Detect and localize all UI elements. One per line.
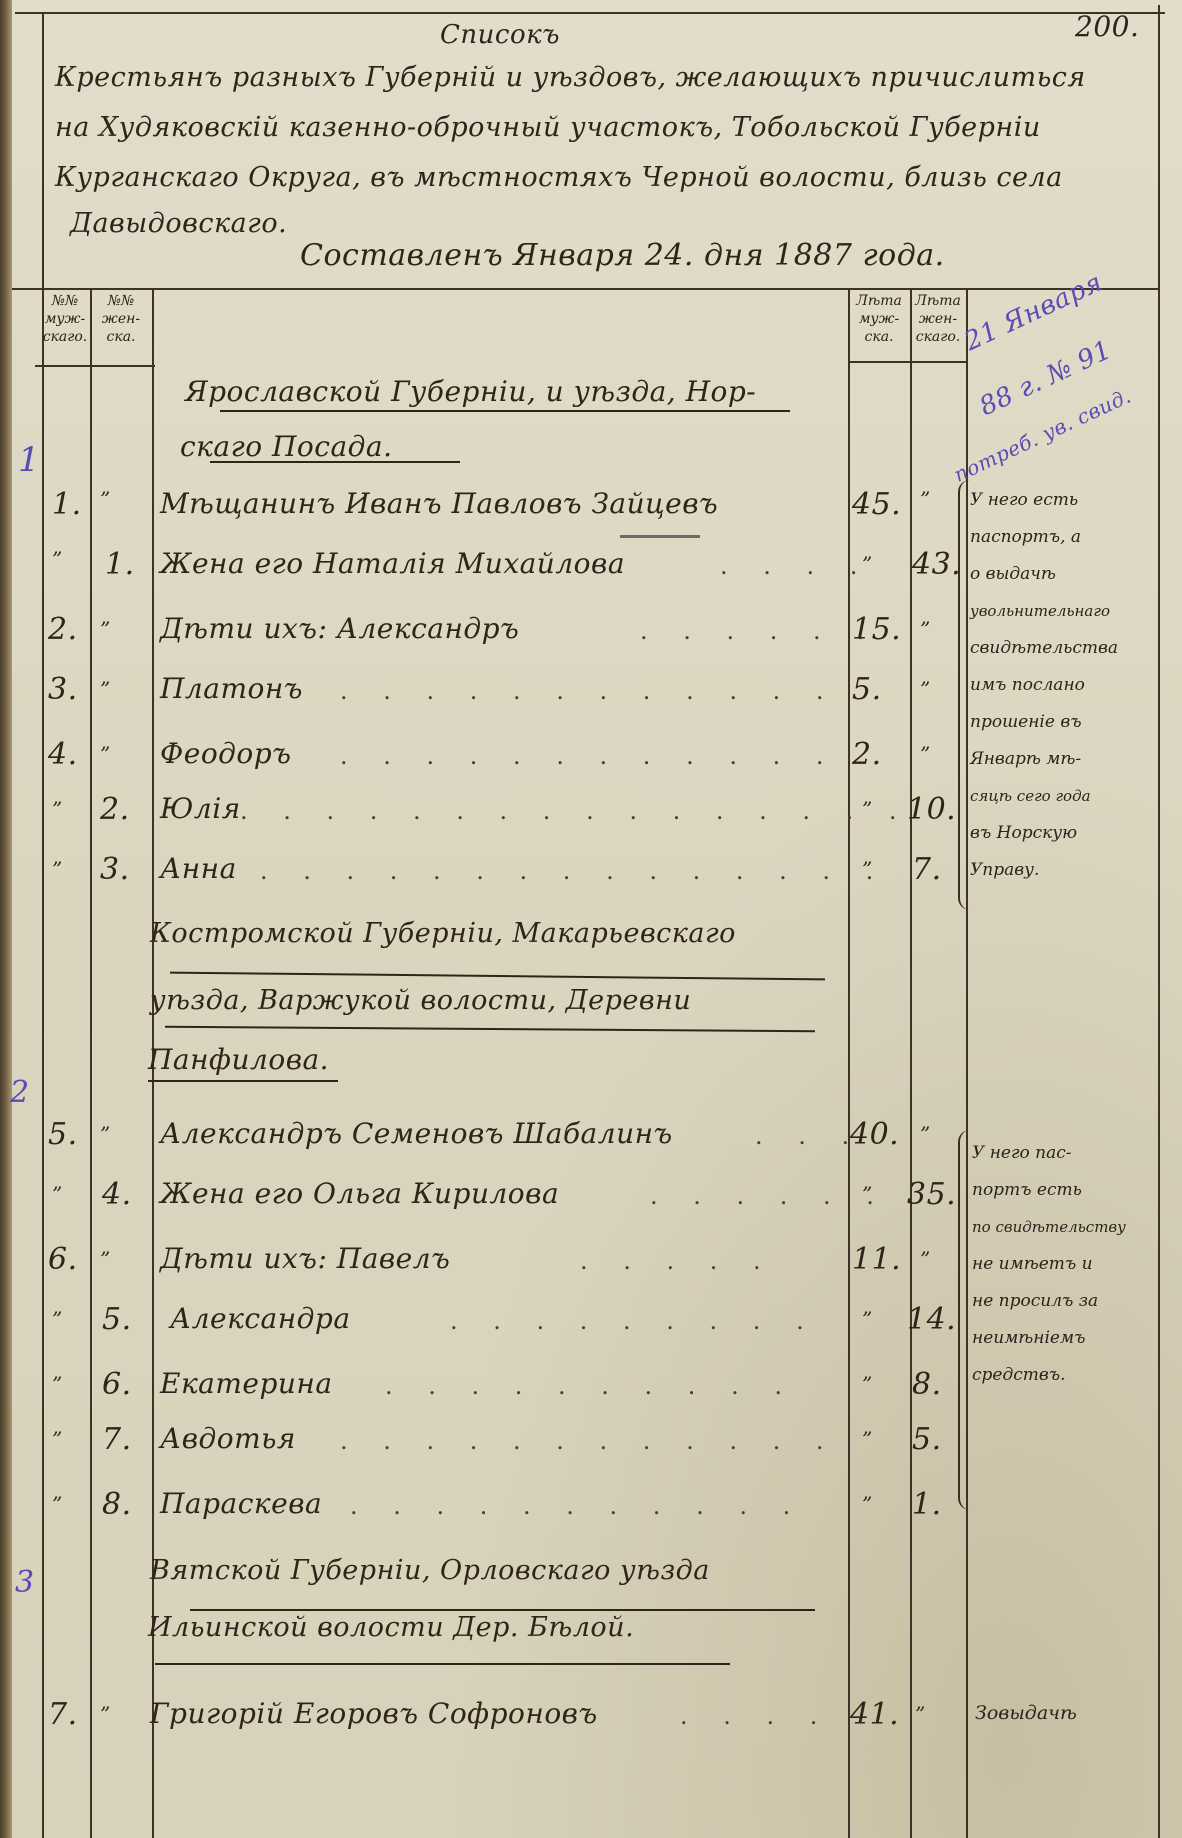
heading-line-4: Давыдовскаго. — [70, 208, 287, 239]
female-age: ” — [920, 487, 931, 511]
male-age: 40. — [850, 1117, 899, 1152]
brace-group-1 — [958, 480, 970, 910]
leader-dots: . . . . . . . . . . . — [350, 1492, 804, 1520]
female-no: 2. — [100, 792, 130, 827]
male-age: 11. — [852, 1242, 901, 1277]
female-no: 7. — [102, 1422, 132, 1457]
male-no: ” — [52, 797, 63, 821]
group-1-heading-line-2: скаго Посада. — [180, 430, 393, 463]
person-name: Григорій Егоровъ Софроновъ — [150, 1697, 598, 1730]
female-age: ” — [920, 617, 931, 641]
leader-dots: . . . . . — [580, 1247, 775, 1275]
female-no: ” — [100, 617, 111, 641]
male-no: 6. — [48, 1242, 78, 1277]
female-no: ” — [100, 1247, 111, 1271]
male-no: ” — [52, 1427, 63, 1451]
group-marker-2: 2 — [10, 1075, 30, 1110]
female-age: ” — [920, 1247, 931, 1271]
brace-group-2 — [958, 1130, 970, 1510]
person-name: Феодоръ — [160, 737, 291, 770]
note-line: Зовыдачѣ — [975, 1695, 1077, 1732]
book-binding — [0, 0, 12, 1838]
header-male-no: №№ муж-скаго. — [40, 292, 90, 346]
male-age: 5. — [852, 672, 882, 707]
female-age: ” — [920, 1122, 931, 1146]
compiled-date-line: Составленъ Января 24. дня 1887 года. — [300, 238, 945, 273]
note-group-2: У него пас- портъ есть по свидѣтельству … — [972, 1135, 1126, 1394]
note-group-1: У него есть паспортъ, а о выдачѣ увольни… — [970, 482, 1118, 889]
note-line: У него пас- — [972, 1135, 1126, 1172]
note-line: не просилъ за — [972, 1283, 1126, 1320]
leader-dots: . . . . . . . . . — [450, 1307, 818, 1335]
leader-dots: . . . . . . . . . . . . . . . — [260, 857, 887, 885]
female-no: ” — [100, 677, 111, 701]
male-age: 45. — [852, 487, 901, 522]
male-age: ” — [862, 797, 873, 821]
female-age: ” — [920, 742, 931, 766]
header-row-divider-left — [35, 365, 155, 367]
male-no: 4. — [48, 737, 78, 772]
person-name: Параскева — [160, 1487, 322, 1520]
note-line: прошеніе въ — [970, 704, 1118, 741]
male-no: 3. — [48, 672, 78, 707]
person-name: Платонъ — [160, 672, 303, 705]
leader-dots: . . . . — [720, 552, 871, 580]
person-name: Александръ Семеновъ Шабалинъ — [160, 1117, 673, 1150]
person-name: Дѣти ихъ: Павелъ — [160, 1242, 450, 1275]
female-age: 43. — [912, 547, 961, 582]
leader-dots: . . . . . . — [640, 617, 878, 645]
person-name: Александра — [170, 1302, 351, 1335]
note-line: Январѣ мѣ- — [970, 741, 1118, 778]
note-line: У него есть — [970, 482, 1118, 519]
person-name: Жена его Ольга Кирилова — [160, 1177, 559, 1210]
female-no: ” — [100, 1702, 111, 1726]
person-name: Авдотья — [160, 1422, 296, 1455]
female-no: 6. — [102, 1367, 132, 1402]
heading-line-3: Курганскаго Округа, въ мѣстностяхъ Черно… — [55, 162, 1063, 193]
female-no: 1. — [105, 547, 135, 582]
male-age: ” — [862, 552, 873, 576]
person-name: Жена его Наталія Михайлова — [160, 547, 625, 580]
group-1-heading-line-1: Ярославской Губерніи, и уѣзда, Нор- — [185, 375, 756, 408]
leader-dots: . . . . . . . . . . . . . . . . — [240, 797, 911, 825]
group-marker-1: 1 — [18, 440, 40, 480]
page-number: 200. — [1075, 10, 1139, 43]
male-age: ” — [862, 1492, 873, 1516]
group-1-underline-2 — [210, 461, 460, 463]
male-no: ” — [52, 1307, 63, 1331]
right-border — [1158, 5, 1160, 1838]
female-no: 8. — [102, 1487, 132, 1522]
female-no: 5. — [102, 1302, 132, 1337]
male-age: ” — [862, 1307, 873, 1331]
female-no: 3. — [100, 852, 130, 887]
note-line: Управу. — [970, 852, 1118, 889]
male-age: ” — [862, 857, 873, 881]
group-2-underline-3 — [148, 1080, 338, 1082]
male-no: 1. — [52, 487, 82, 522]
group-2-heading-line-3: Панфилова. — [148, 1043, 329, 1076]
note-line: портъ есть — [972, 1172, 1126, 1209]
person-name: Анна — [160, 852, 237, 885]
note-line: паспортъ, а — [970, 519, 1118, 556]
female-age: 14. — [907, 1302, 956, 1337]
note-line: увольнительнаго — [970, 593, 1118, 630]
female-age: 8. — [912, 1367, 942, 1402]
male-no: 2. — [48, 612, 78, 647]
female-age: 7. — [912, 852, 942, 887]
male-age: ” — [862, 1182, 873, 1206]
col-line-4 — [910, 288, 912, 1838]
header-male-age: Лѣта муж-ска. — [848, 292, 910, 346]
document-title: Списокъ — [440, 20, 560, 50]
male-age: ” — [862, 1427, 873, 1451]
leader-dots: . . . . — [680, 1702, 831, 1730]
note-line: по свидѣтельству — [972, 1209, 1126, 1246]
group-3-heading-line-1: Вятской Губерніи, Орловскаго уѣзда — [150, 1555, 710, 1586]
note-line: имъ послано — [970, 667, 1118, 704]
group-3-underline-1 — [190, 1609, 815, 1611]
group-2-heading-line-1: Костромской Губерніи, Макарьевскаго — [150, 918, 736, 949]
note-line: о выдачѣ — [970, 556, 1118, 593]
person-name: Юлія — [160, 792, 241, 825]
note-line: не имѣетъ и — [972, 1246, 1126, 1283]
note-line: свидѣтельства — [970, 630, 1118, 667]
male-no: ” — [52, 1372, 63, 1396]
group-3-heading-line-2: Ильинской волости Дер. Бѣлой. — [148, 1612, 634, 1643]
leader-dots: . . . . . . . . . . . . — [340, 1427, 837, 1455]
female-age: ” — [915, 1702, 926, 1726]
female-age: ” — [920, 677, 931, 701]
group-1-underline — [220, 410, 790, 412]
female-age: 1. — [912, 1487, 942, 1522]
male-no: ” — [52, 1182, 63, 1206]
group-3-underline-2 — [155, 1663, 730, 1665]
note-line: въ Норскую — [970, 815, 1118, 852]
heading-line-2: на Худяковскій казенно-оброчный участокъ… — [55, 112, 1041, 143]
leader-dots: . . . . . . . . . . . . — [340, 677, 837, 705]
leader-dots: . . . . . . . . . . . . — [340, 742, 837, 770]
left-border — [42, 12, 44, 1838]
pencil-mark — [620, 535, 700, 538]
male-age: 41. — [850, 1697, 899, 1732]
header-row-divider-right — [848, 361, 966, 363]
heading-line-1: Крестьянъ разныхъ Губерній и уѣздовъ, же… — [55, 62, 1086, 93]
note-line: средствъ. — [972, 1357, 1126, 1394]
male-no: 5. — [48, 1117, 78, 1152]
person-name: Мѣщанинъ Иванъ Павловъ Зайцевъ — [160, 487, 718, 520]
leader-dots: . . . — [755, 1122, 863, 1150]
male-age: ” — [862, 1372, 873, 1396]
female-no: ” — [100, 487, 111, 511]
male-no: 7. — [48, 1697, 78, 1732]
male-no: ” — [52, 1492, 63, 1516]
female-no: ” — [100, 742, 111, 766]
female-age: 5. — [912, 1422, 942, 1457]
header-female-age: Лѣта жен-скаго. — [910, 292, 966, 346]
female-no: 4. — [102, 1177, 132, 1212]
col-line-1 — [90, 288, 92, 1838]
note-group-3: Зовыдачѣ — [975, 1695, 1077, 1732]
female-age: 10. — [907, 792, 956, 827]
group-2-heading-line-2: уѣзда, Варжукой волости, Деревни — [150, 985, 691, 1016]
leader-dots: . . . . . . — [650, 1182, 888, 1210]
person-name: Екатерина — [160, 1367, 333, 1400]
male-age: 2. — [852, 737, 882, 772]
leader-dots: . . . . . . . . . . — [385, 1372, 796, 1400]
female-age: 35. — [907, 1177, 956, 1212]
header-female-no: №№ жен-ска. — [92, 292, 150, 346]
group-marker-3: 3 — [15, 1565, 35, 1600]
title-divider — [12, 288, 1158, 290]
person-name: Дѣти ихъ: Александръ — [160, 612, 519, 645]
male-age: 15. — [852, 612, 901, 647]
male-no: ” — [52, 857, 63, 881]
male-no: ” — [52, 547, 63, 571]
col-line-3 — [848, 288, 850, 1838]
top-border — [15, 12, 1165, 14]
note-line: неимѣніемъ — [972, 1320, 1126, 1357]
female-no: ” — [100, 1122, 111, 1146]
note-line: сяцѣ сего года — [970, 778, 1118, 815]
